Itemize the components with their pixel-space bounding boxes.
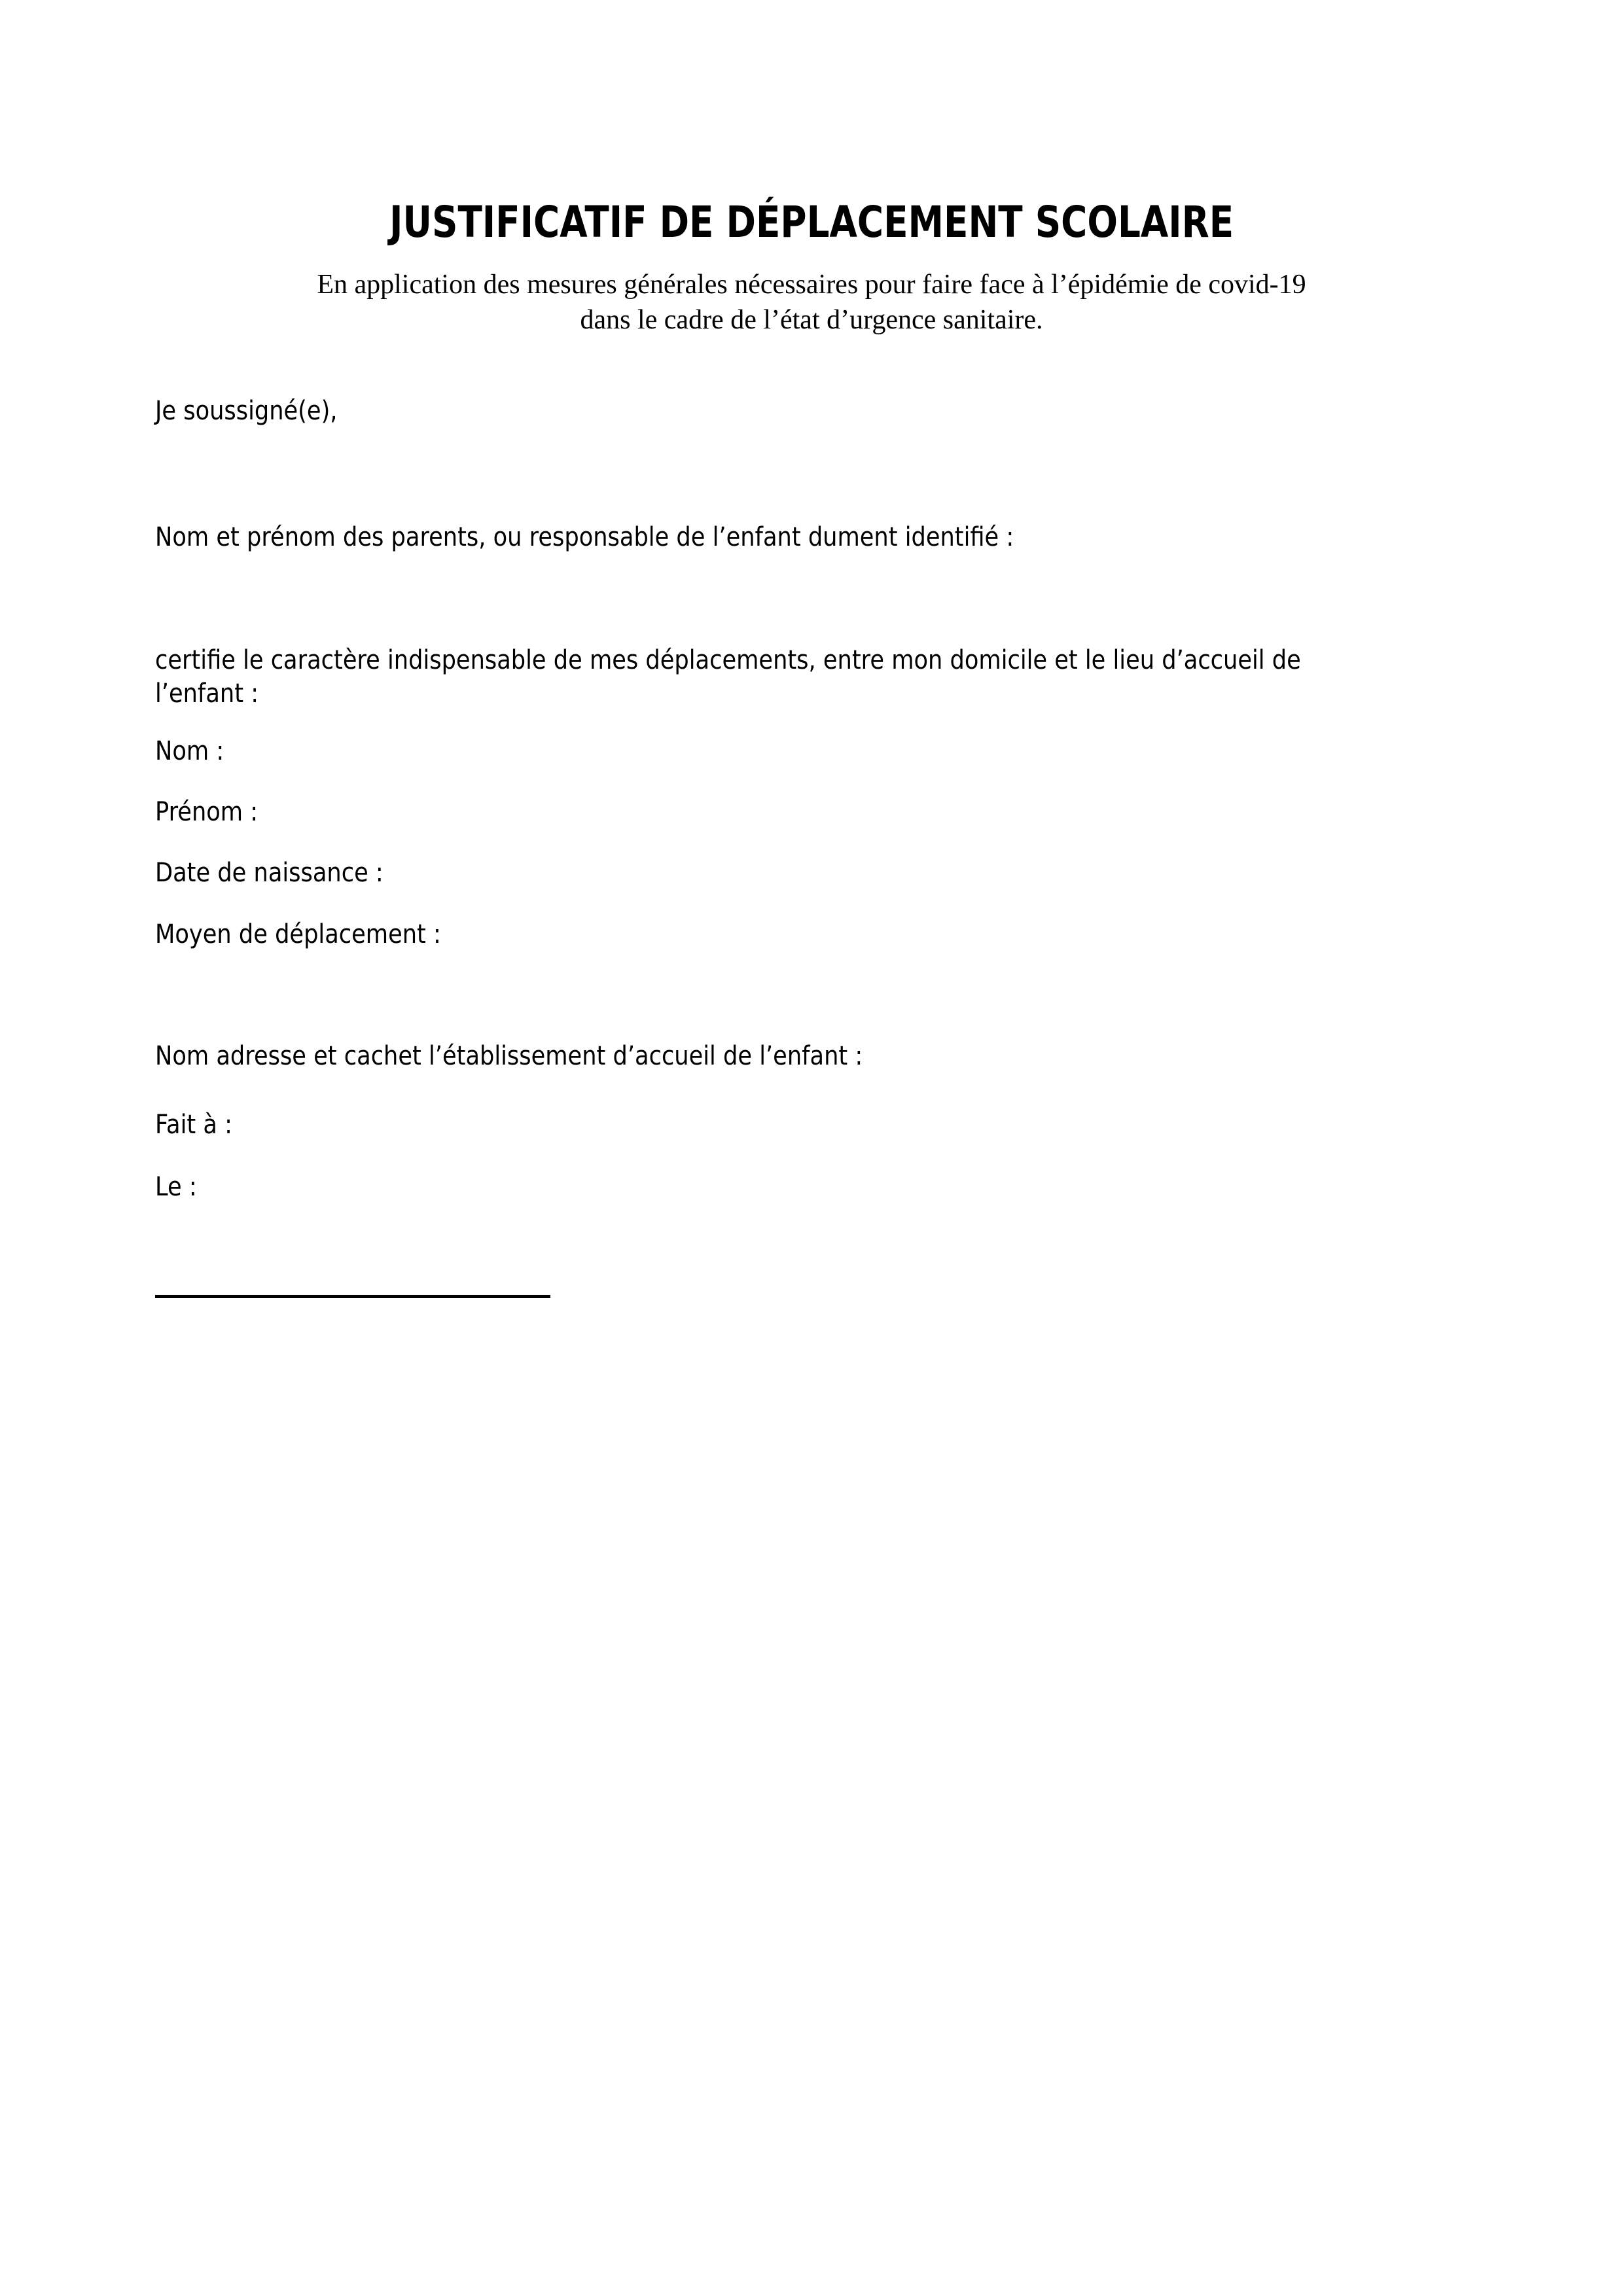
document-title: JUSTIFICATIF DE DÉPLACEMENT SCOLAIRE: [0, 196, 1623, 249]
child-nom-field: Nom :: [155, 735, 234, 767]
child-prenom-field: Prénom :: [155, 796, 272, 828]
date-field: Le :: [155, 1171, 202, 1203]
signature-line: [155, 1295, 550, 1298]
certify-line-1: certifie le caractère indispensable de m…: [155, 645, 1457, 676]
establishment-label: Nom adresse et cachet l’établissement d’…: [155, 1040, 959, 1072]
document-title-text: JUSTIFICATIF DE DÉPLACEMENT SCOLAIRE: [389, 196, 1234, 249]
intro-text: Je soussigné(e),: [155, 395, 362, 427]
transport-mode-field: Moyen de déplacement :: [155, 919, 480, 950]
subtitle-line-2: dans le cadre de l’état d’urgence sanita…: [0, 302, 1623, 338]
document-page: JUSTIFICATIF DE DÉPLACEMENT SCOLAIRE En …: [0, 0, 1623, 2296]
certify-line-2: l’enfant :: [155, 678, 273, 709]
parent-name-label: Nom et prénom des parents, ou responsabl…: [155, 521, 1131, 553]
fait-a-field: Fait à :: [155, 1109, 243, 1140]
child-birthdate-field: Date de naissance :: [155, 857, 414, 889]
subtitle-line-1: En application des mesures générales néc…: [0, 267, 1623, 302]
